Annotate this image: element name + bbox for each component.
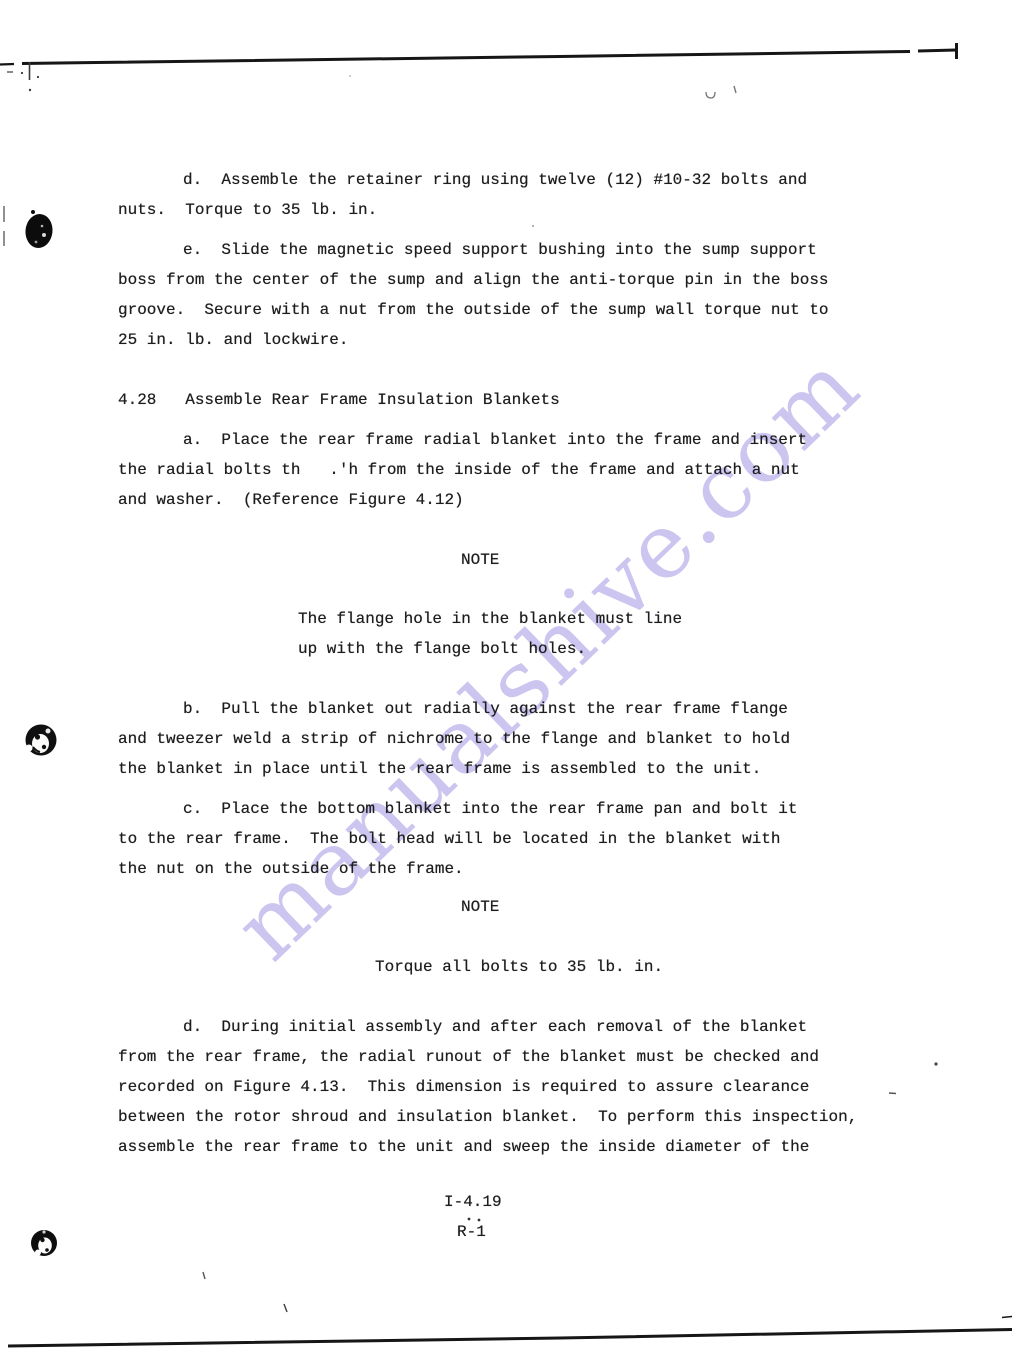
text-line: the blanket in place until the rear fram… <box>118 759 761 779</box>
top-left-tick-mark <box>7 62 39 91</box>
note-body-line: Torque all bolts to 35 lb. in. <box>375 957 663 977</box>
ink-blob-middle <box>26 725 57 756</box>
text-line-step-b: b. Pull the blanket out radially against… <box>183 699 788 719</box>
text-line: the nut on the outside of the frame. <box>118 859 464 879</box>
section-heading-4-28: 4.28 Assemble Rear Frame Insulation Blan… <box>118 390 560 410</box>
revision-number: R-1 <box>457 1222 486 1242</box>
text-line: and tweezer weld a strip of nichrome to … <box>118 729 790 749</box>
note-body-line: up with the flange bolt holes. <box>298 639 586 659</box>
top-rule-line <box>0 43 957 65</box>
text-line: boss from the center of the sump and ali… <box>118 270 829 290</box>
text-line: to the rear frame. The bolt head will be… <box>118 829 781 849</box>
text-line-step-c: c. Place the bottom blanket into the rea… <box>183 799 798 819</box>
text-line-step-d: d. Assemble the retainer ring using twel… <box>183 170 807 190</box>
text-line: from the rear frame, the radial runout o… <box>118 1047 819 1067</box>
scanned-document-page: manualshive.com d. Assemble the retainer… <box>0 0 1025 1352</box>
note-body-line: The flange hole in the blanket must line <box>298 609 682 629</box>
note-heading: NOTE <box>461 550 499 570</box>
text-line-step-a: a. Place the rear frame radial blanket i… <box>183 430 807 450</box>
text-line: between the rotor shroud and insulation … <box>118 1107 857 1127</box>
text-line: assemble the rear frame to the unit and … <box>118 1137 809 1157</box>
text-line-step-e: e. Slide the magnetic speed support bush… <box>183 240 817 260</box>
text-line: recorded on Figure 4.13. This dimension … <box>118 1077 809 1097</box>
ink-blob-top <box>4 206 54 249</box>
ink-blob-bottom <box>31 1230 57 1256</box>
text-line-step-d2: d. During initial assembly and after eac… <box>183 1017 807 1037</box>
text-line: the radial bolts th .'h from the inside … <box>118 460 800 480</box>
bottom-rule-line <box>8 1317 1012 1347</box>
note-heading: NOTE <box>461 897 499 917</box>
text-line: nuts. Torque to 35 lb. in. <box>118 200 377 220</box>
page-number: I-4.19 <box>444 1192 502 1212</box>
text-line: and washer. (Reference Figure 4.12) <box>118 490 464 510</box>
text-line: groove. Secure with a nut from the outsi… <box>118 300 829 320</box>
text-line: 25 in. lb. and lockwire. <box>118 330 348 350</box>
